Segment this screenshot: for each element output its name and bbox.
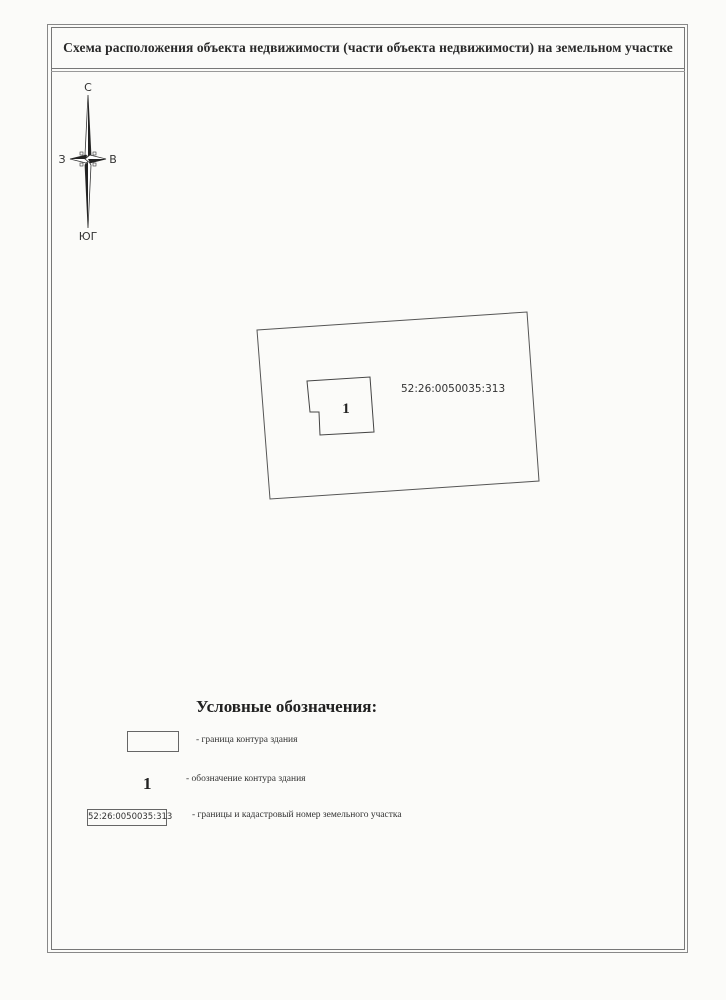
legend-title: Условные обозначения: — [196, 697, 377, 717]
compass-west-label: З — [58, 153, 65, 166]
building-label: 1 — [342, 401, 350, 417]
site-plan: С ЮГ З В 1 52:26:0050035:313 — [0, 0, 726, 1000]
compass-rose-icon — [70, 95, 106, 228]
parcel-cadastral-number: 52:26:0050035:313 — [401, 383, 505, 395]
legend-building-label-symbol: 1 — [143, 774, 152, 794]
legend-item-building-label: - обозначение контура здания — [186, 774, 306, 784]
compass-south-label: ЮГ — [79, 230, 98, 243]
legend-building-contour-symbol — [127, 731, 179, 752]
compass-east-label: В — [109, 153, 117, 166]
compass-north-label: С — [84, 81, 92, 94]
land-parcel-boundary — [257, 312, 539, 499]
legend-item-parcel: - границы и кадастровый номер земельного… — [192, 810, 402, 820]
legend-parcel-symbol: 52:26:0050035:313 — [87, 809, 167, 826]
building-contour — [307, 377, 374, 435]
legend-item-building-contour: - граница контура здания — [196, 735, 298, 745]
